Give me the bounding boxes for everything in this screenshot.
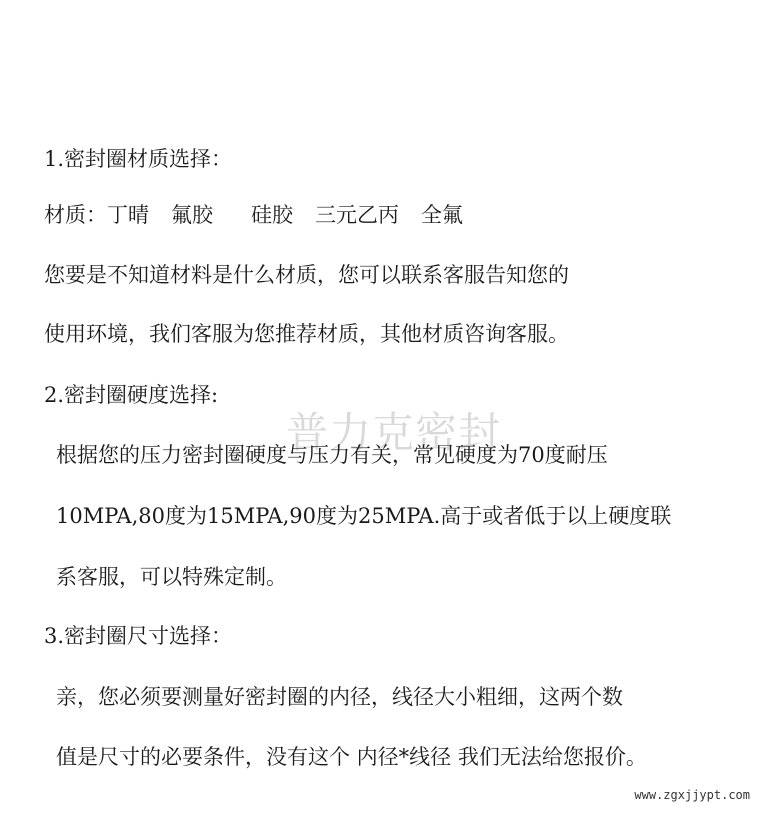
section2-line3: 系客服，可以特殊定制。 — [56, 564, 287, 590]
material-item: 氟胶 — [171, 203, 213, 227]
section3-line2: 值是尺寸的必要条件，没有这个 内径*线径 我们无法给您报价。 — [56, 744, 647, 770]
section1-line1: 您要是不知道材料是什么材质，您可以联系客服告知您的 — [44, 262, 569, 288]
section1-line2: 使用环境，我们客服为您推荐材质，其他材质咨询客服。 — [44, 321, 569, 347]
material-item: 丁晴 — [107, 203, 149, 227]
material-item: 全氟 — [421, 203, 463, 227]
section2-heading: 2.密封圈硬度选择: — [44, 382, 218, 408]
section3-heading: 3.密封圈尺寸选择： — [44, 623, 232, 649]
materials-label: 材质： — [44, 203, 107, 227]
section2-line2: 10MPA,80度为15MPA,90度为25MPA.高于或者低于以上硬度联 — [56, 503, 671, 529]
section1-heading: 1.密封圈材质选择： — [44, 146, 232, 172]
section3-line1: 亲，您必须要测量好密封圈的内径，线径大小粗细，这两个数 — [56, 684, 623, 710]
materials-row: 材质：丁晴氟胶硅胶三元乙丙全氟 — [44, 202, 463, 228]
site-url: www.zgxjjypt.com — [634, 788, 750, 802]
material-item: 三元乙丙 — [315, 203, 399, 227]
section2-line1: 根据您的压力密封圈硬度与压力有关，常见硬度为70度耐压 — [56, 442, 608, 468]
material-item: 硅胶 — [251, 203, 293, 227]
